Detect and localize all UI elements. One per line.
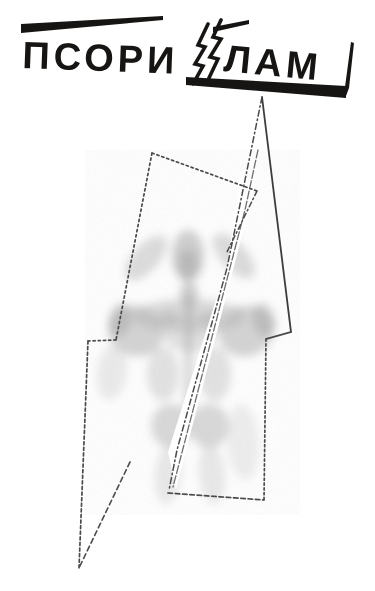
artwork-canvas: ПСОРИ ЛАМ <box>0 0 375 591</box>
psorilam-logo-artwork: ПСОРИ ЛАМ <box>0 0 375 591</box>
brand-name-left: ПСОРИ <box>22 35 179 83</box>
